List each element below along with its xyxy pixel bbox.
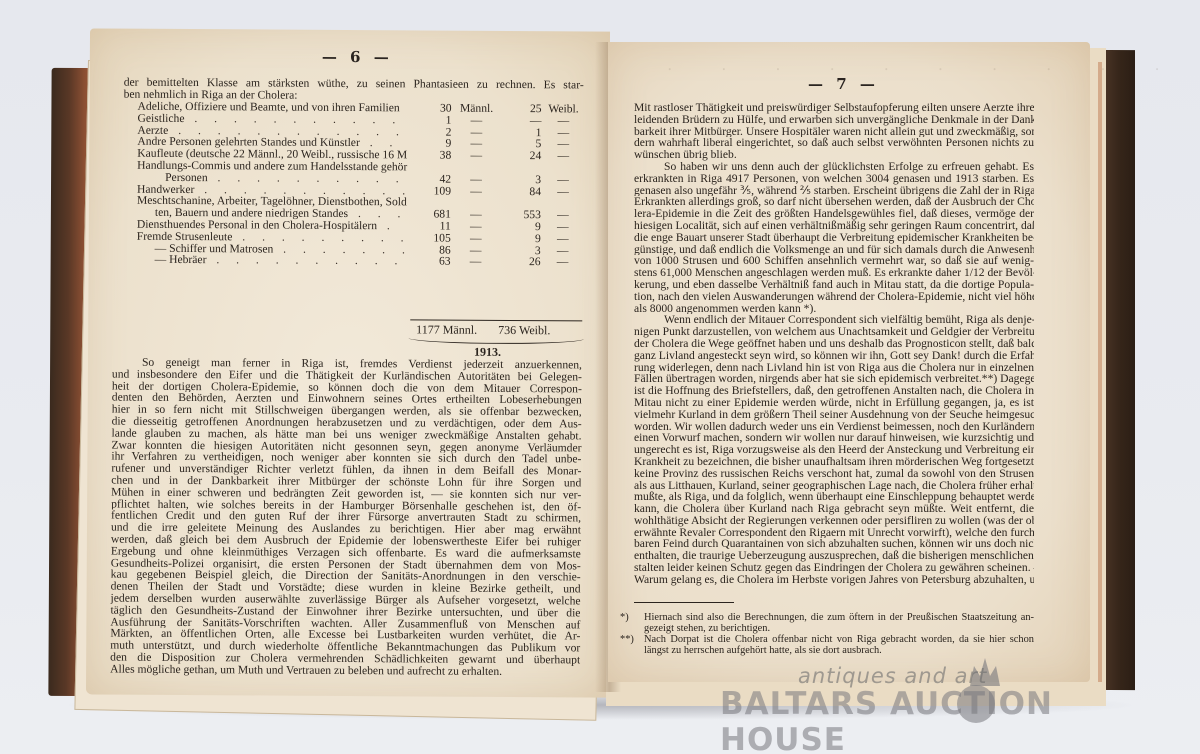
text-line: genasen also ungefähr ⅗, während ⅖ starb… [634,185,1034,197]
text-line: So haben wir uns denn auch der glücklich… [634,161,1034,173]
text-line: baren Feind durch Quarantainen von sich … [634,538,1034,550]
page-number: — 7 — [808,75,879,93]
women-unit: — [541,174,585,186]
women-count: 24 [501,150,541,162]
text-line: günstige, und daß endlich die Volksmenge… [634,244,1034,256]
row-label-text: Aerzte [137,124,168,136]
bleed-through: ꞏ ꞏ ꞏ ꞏ ꞏ ꞏ ꞏ ꞏ ꞏ ꞏ [668,62,1183,77]
footnote-line: gezeigt stehen, zu berichtigen. [644,623,1034,634]
text-line: enthalten, die traurige Ueberzeugung aus… [634,550,1034,562]
text-line: Fällen übertragen worden, nirgends aber … [634,373,1034,385]
women-unit: — [541,115,585,127]
footnote-text: Hiernach sind also die Berechnungen, die… [644,612,1034,623]
footnote-rule [634,602,734,603]
text-line: lera-Epidemie in die Zeit des größten Ha… [634,208,1034,220]
footnote-mark: *) [620,612,629,623]
text-line: rung widerlegen, denn nach Livland hin i… [634,362,1034,374]
men-unit: — [451,185,501,197]
men-unit: — [451,173,501,185]
text-line: Krankheit zu bezeichnen, die bisher unau… [634,456,1034,468]
text-line: von 1000 Strusen und 600 Schiffen ansehn… [634,255,1034,267]
text-line: wünschen übrig blieb. [634,149,1034,161]
text-line: nigen Punkt darzustellen, von welchem au… [634,326,1034,338]
right-page: ꞏ ꞏ ꞏ ꞏ ꞏ ꞏ ꞏ ꞏ ꞏ ꞏ — 7 — Mit rastloser … [608,42,1090,682]
row-label-text: Handwerker [137,183,194,195]
text-line: Erkrankten allerdings groß, so darf nich… [634,196,1034,208]
text-line: worden. Wir wollen dadurch weder uns ein… [634,421,1034,433]
text-line: als 8000 angenommen werden kann *). [634,303,1034,315]
cholera-deaths-table: Adeliche, Offiziere und Beamte, und von … [137,101,586,269]
men-unit: — [451,150,501,162]
footnote-text: längst zu herrschen aufgehört hatte, als… [644,645,1034,656]
text-line: ist die Hoffnung des Briefstellers, daß,… [634,385,1034,397]
text-line: dern wahrhaft liberal eingerichtet, so d… [634,137,1034,149]
women-count: 26 [501,256,541,268]
text-line: Wenn endlich der Mitauer Correspondent s… [634,314,1034,326]
men-unit: — [451,114,501,126]
row-label-text: Personen [165,171,208,183]
leader-dots: . . [377,219,407,232]
left-page: — 6 — der bemittelten Klasse am stärkste… [86,28,610,697]
row-label-text: Fremde Strusenleute [137,230,233,243]
text-line: Mit rastloser Thätigkeit und preiswürdig… [634,102,1034,114]
text-line: kerung, und eben dasselbe Verhältniß fan… [634,279,1034,291]
women-count: 9 [501,221,541,233]
women-count: — [501,115,541,127]
footnote-line: *)Hiernach sind also die Berechnungen, d… [644,612,1034,623]
left-body-text: So geneigt man ferner in Riga ist, fremd… [110,357,582,678]
men-count: 105 [407,232,451,244]
men-count: 11 [407,220,451,232]
text-line: einen Vorwurf machen, sondern wir wollen… [634,432,1034,444]
table-row: — Hebräer . . . . . . . . . . . . . . .6… [137,254,585,269]
footnotes: *)Hiernach sind also die Berechnungen, d… [644,612,1034,656]
text-line: der Cholera die Wege geöffnet haben und … [634,338,1034,350]
footnote-text: gezeigt stehen, zu berichtigen. [644,623,1034,634]
women-unit: — [541,257,585,269]
left-intro: der bemittelten Klasse am stärksten wüth… [124,77,584,103]
men-count: 1 [407,114,451,126]
footnote-line: **)Nach Dorpat ist die Cholera offenbar … [644,634,1034,645]
text-line: ungerecht es ist, Riga vorzugsweise als … [634,444,1034,456]
women-count: 84 [501,186,541,198]
text-line: hiesigen Localität, sich auf einen verhä… [634,220,1034,232]
men-count: 38 [407,150,451,162]
text-line: stalten leider keinen Schutz gegen das E… [634,562,1034,574]
text-line: leidenden Brüdern zu Hülfe, und erwarben… [634,114,1034,126]
footnote-mark: **) [620,634,634,645]
leader-dots: . . . . . . . . . . . . . . . [206,254,406,267]
row-label: — Hebräer . . . . . . . . . . . . . . . [137,254,407,267]
men-count: 109 [407,185,451,197]
women-count: 9 [501,233,541,245]
text-line: die enge Bauart unserer Stadt überhaupt … [634,232,1034,244]
text-line: wohlthätige Absicht der Regierungen verk… [634,515,1034,527]
text-line: Mitau nicht zu einer Epidemie werden wür… [634,397,1034,409]
text-line: erwähnte Revaler Correspondent den Rigae… [634,527,1034,539]
men-count: 63 [407,256,451,268]
text-line: vielmehr Kurland in dem größern Theil se… [634,409,1034,421]
text-line: ganz Livland angesteckt seyn wird, so kö… [634,350,1034,362]
text-line: barkeit ihrer Mitbürger. Unsere Hospitäl… [634,126,1034,138]
footnote-line: längst zu herrschen aufgehört hatte, als… [644,645,1034,656]
row-label-text: — Hebräer [155,254,207,266]
men-unit: — [451,232,501,244]
leader-dots: . . . [360,136,408,149]
grand-total: 1913. [474,345,501,360]
row-label-text: — Schiffer und Matrosen [155,242,274,255]
right-body-text: Mit rastloser Thätigkeit und preiswürdig… [634,102,1034,586]
women-unit: — [541,150,585,162]
text-line: stens 61,000 Menschen angeschlagen werde… [634,267,1034,279]
leader-dots: . . . . . . . . . . . . . [232,230,406,243]
text-line: mußte, als Riga, und da folglich, wenn ü… [634,491,1034,503]
text-line: tion, nach den vielen Auswanderungen wäh… [634,291,1034,303]
text-line: als aus Litthauen, Kurland, seiner geogr… [634,480,1034,492]
men-unit: — [451,256,501,268]
men-count: 42 [407,173,451,185]
sum-brace [408,332,584,344]
women-count: 3 [501,174,541,186]
page-number: — 6 — [322,48,393,66]
leader-dots: . [400,101,408,114]
text-line: Warum gelang es, die Cholera im Herbste … [634,574,1034,586]
text-line: erkrankten in Riga 4917 Personen, von we… [634,173,1034,185]
women-unit: — [541,186,585,198]
women-unit: — [541,233,585,245]
footnote-text: Nach Dorpat ist die Cholera offenbar nic… [644,634,1034,645]
leader-dots: . . . [348,207,407,220]
leader-dots: . . . . . . . . . . [273,242,406,255]
sum-rule [410,319,582,321]
row-label-text: Geistliche [137,113,184,125]
page-edge-stripe [1098,62,1102,682]
text-line: keine Provinz des russischen Reichs vers… [634,468,1034,480]
text-line: kann, die Cholera über Kurland nach Riga… [634,503,1034,515]
